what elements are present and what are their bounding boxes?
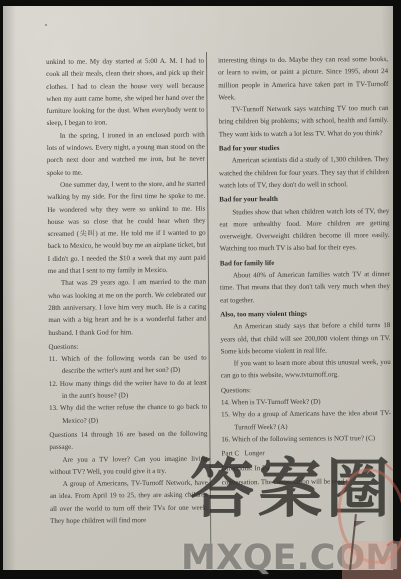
passage-paragraph: That was 29 years ago. I am married to t… bbox=[48, 276, 207, 339]
scan-edge-top bbox=[0, 0, 401, 6]
watermark-brand-site: MXQE.COM bbox=[181, 541, 400, 576]
scan-speck bbox=[45, 24, 47, 26]
passage-paragraph: American scientists did a study of 1,300… bbox=[219, 153, 389, 191]
passage-paragraph: If you want to learn more about this unu… bbox=[221, 356, 391, 382]
scan-edge-right bbox=[393, 0, 401, 579]
section-intro: Questions 14 through 16 are based on the… bbox=[49, 428, 207, 454]
passage-paragraph: TV-Turnoff Network says watching TV too … bbox=[218, 102, 388, 140]
passage-paragraph: Are you a TV lover? Can you imagine livi… bbox=[49, 452, 207, 478]
question-item-15: 15. Why do a group of Americans have the… bbox=[221, 407, 391, 433]
question-item-13: 13. Why did the writer refuse the chance… bbox=[49, 401, 207, 427]
passage-paragraph: An American study says that before a chi… bbox=[220, 319, 390, 357]
left-column: unkind to me. My day started at 5:00 A. … bbox=[46, 55, 208, 528]
passage-paragraph: Studies show that when children watch lo… bbox=[219, 205, 389, 256]
passage-paragraph: unkind to me. My day started at 5:00 A. … bbox=[46, 55, 205, 130]
scanned-answer-page: unkind to me. My day started at 5:00 A. … bbox=[0, 0, 401, 579]
question-item-16: 16. Which of the following sentences is … bbox=[221, 432, 391, 446]
passage-paragraph: A group of Americans, TV-Turnoff Network… bbox=[50, 477, 208, 528]
passage-paragraph: One summer day, I went to the store, and… bbox=[47, 178, 206, 278]
scan-edge-left bbox=[0, 0, 3, 579]
question-item-12: 12. How many things did the writer have … bbox=[49, 376, 207, 402]
passage-paragraph: In the spring, I ironed in an enclosed p… bbox=[47, 128, 205, 179]
passage-paragraph: About 40% of American families watch TV … bbox=[220, 268, 390, 306]
question-item-11: 11. Which of the following words can be … bbox=[49, 352, 207, 378]
passage-paragraph: interesting things to do. Maybe they can… bbox=[218, 53, 388, 104]
watermark-brand-chinese: 答案圈 bbox=[190, 458, 394, 522]
